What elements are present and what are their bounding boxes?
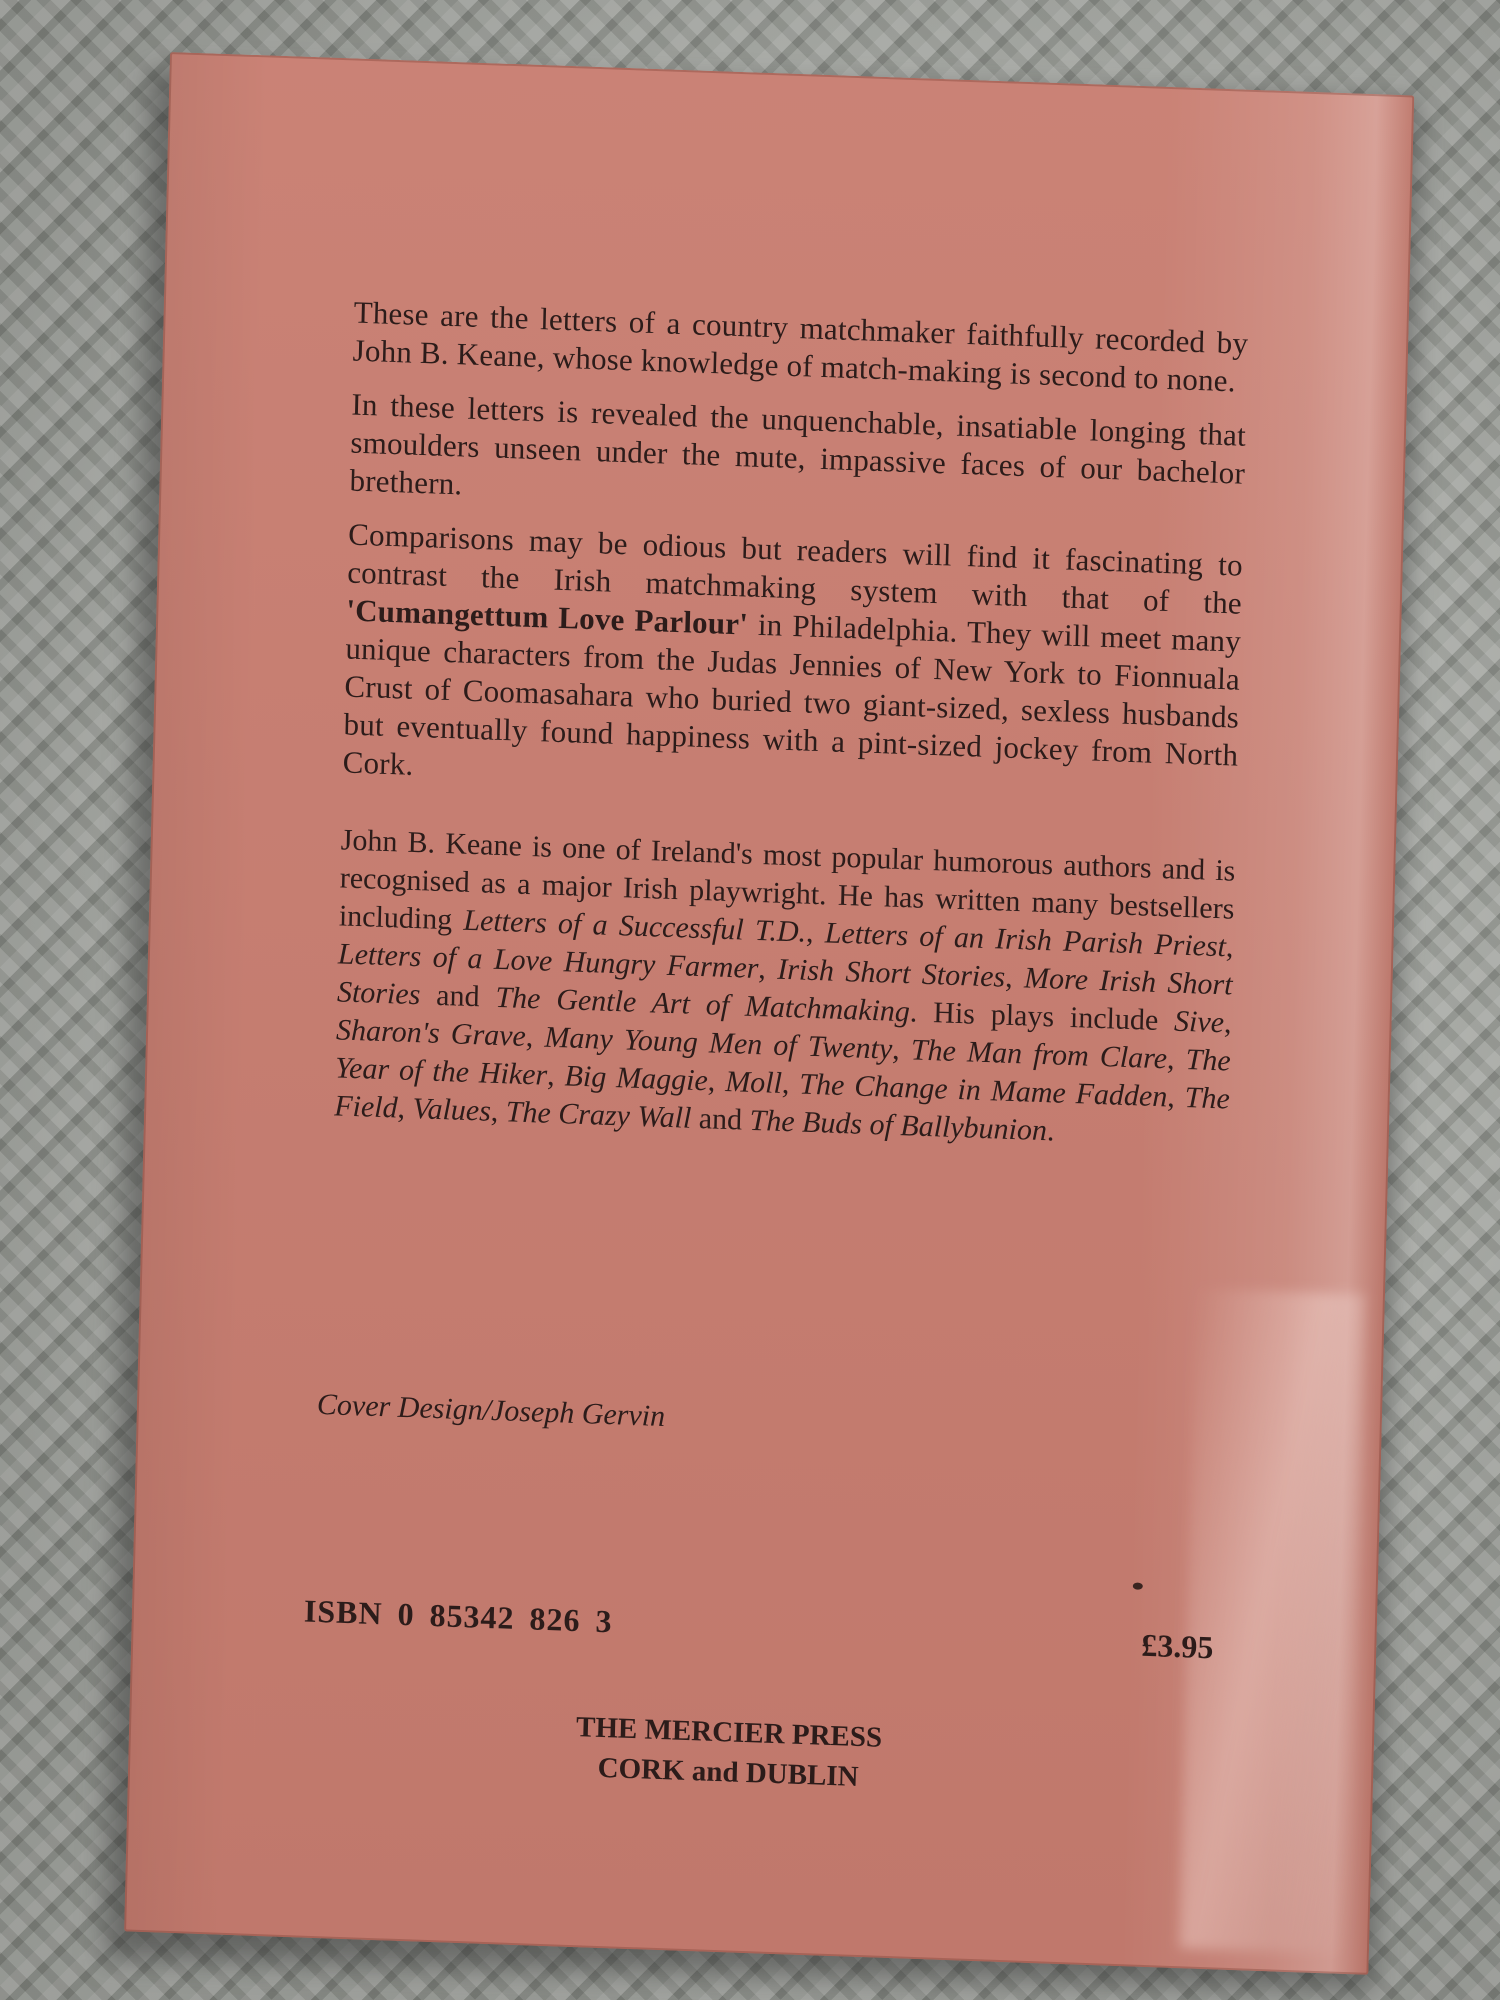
blurb-paragraph-3: Comparisons may be odious but readers wi… <box>342 515 1243 812</box>
play-title: Moll <box>725 1065 782 1100</box>
play-title: Values <box>412 1092 491 1128</box>
blurb-text: These are the letters of a country match… <box>333 294 1248 1173</box>
play-title: The Man from Clare <box>911 1033 1168 1075</box>
author-bio: John B. Keane is one of Ireland's most p… <box>334 821 1236 1156</box>
blurb-paragraph-1: These are the letters of a country match… <box>352 294 1248 401</box>
price: £3.95 <box>1141 1627 1214 1667</box>
cover-glare <box>1179 1288 1365 1954</box>
play-title: Sharon's Grave <box>336 1013 526 1053</box>
publisher-block: THE MERCIER PRESS CORK and DUBLIN <box>498 1704 960 1800</box>
play-title: The Buds of Ballybunion <box>749 1104 1047 1147</box>
print-speck <box>1133 1582 1143 1589</box>
book-back-cover: These are the letters of a country match… <box>124 52 1414 1975</box>
play-title: The Crazy Wall <box>505 1095 691 1134</box>
isbn: ISBN 0 85342 826 3 <box>303 1593 612 1641</box>
blurb-paragraph-2: In these letters is revealed the unquenc… <box>349 386 1246 531</box>
bestseller-title: Letters of a Successful T.D. <box>463 904 806 949</box>
play-title: Many Young Men of Twenty <box>544 1021 893 1066</box>
blurb-p3-text-end: in Philadelphia. They will meet many uni… <box>342 606 1241 781</box>
cover-design-credit: Cover Design/Joseph Gervin <box>317 1388 666 1434</box>
play-title: Big Maggie <box>564 1059 708 1097</box>
bestseller-title: Irish Short Stories <box>777 953 1006 994</box>
play-title: Sive <box>1174 1005 1225 1040</box>
